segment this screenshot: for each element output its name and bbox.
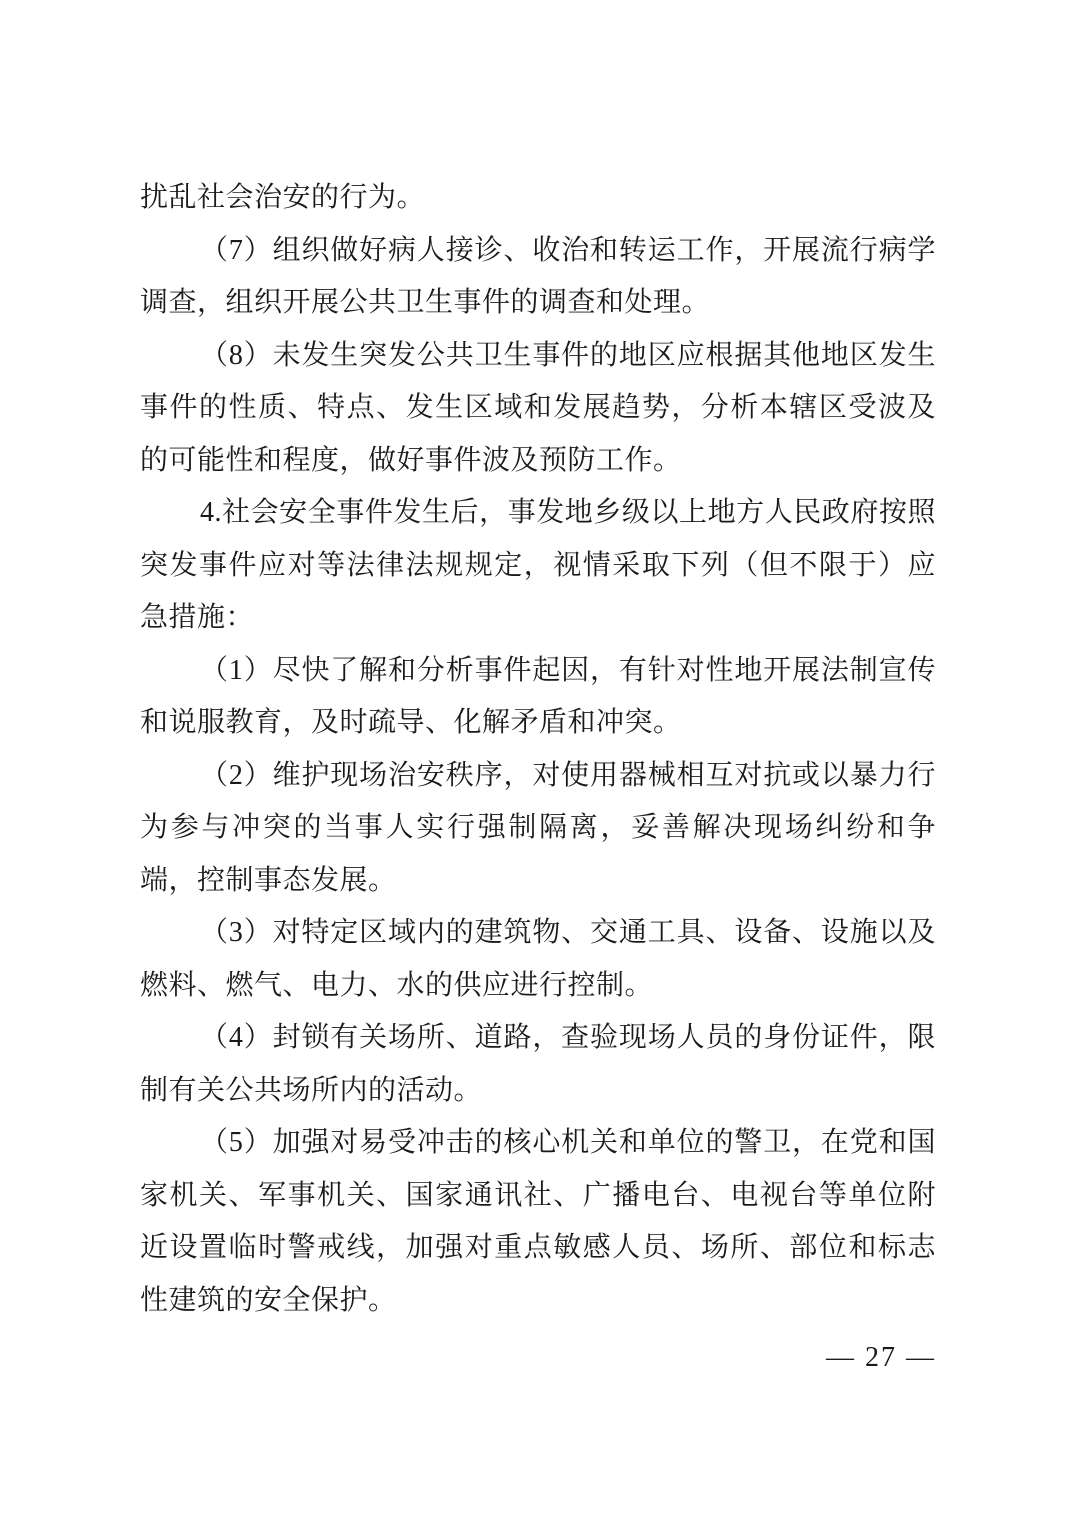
paragraph: （2）维护现场治安秩序，对使用器械相互对抗或以暴力行为参与冲突的当事人实行强制隔…	[140, 750, 936, 908]
page-number: — 27 —	[826, 1340, 936, 1376]
paragraph: 4.社会安全事件发生后，事发地乡级以上地方人民政府按照突发事件应对等法律法规规定…	[140, 487, 936, 645]
paragraph: （8）未发生突发公共卫生事件的地区应根据其他地区发生事件的性质、特点、发生区域和…	[140, 330, 936, 488]
paragraph: （7）组织做好病人接诊、收治和转运工作，开展流行病学调查，组织开展公共卫生事件的…	[140, 225, 936, 330]
paragraph: （1）尽快了解和分析事件起因，有针对性地开展法制宣传和说服教育，及时疏导、化解矛…	[140, 645, 936, 750]
paragraph: （3）对特定区域内的建筑物、交通工具、设备、设施以及燃料、燃气、电力、水的供应进…	[140, 907, 936, 1012]
paragraph: （5）加强对易受冲击的核心机关和单位的警卫，在党和国家机关、军事机关、国家通讯社…	[140, 1117, 936, 1327]
document-page: 扰乱社会治安的行为。 （7）组织做好病人接诊、收治和转运工作，开展流行病学调查，…	[0, 0, 1074, 1520]
paragraph: （4）封锁有关场所、道路，查验现场人员的身份证件，限制有关公共场所内的活动。	[140, 1012, 936, 1117]
document-text-block: 扰乱社会治安的行为。 （7）组织做好病人接诊、收治和转运工作，开展流行病学调查，…	[140, 172, 936, 1327]
paragraph: 扰乱社会治安的行为。	[140, 172, 936, 225]
